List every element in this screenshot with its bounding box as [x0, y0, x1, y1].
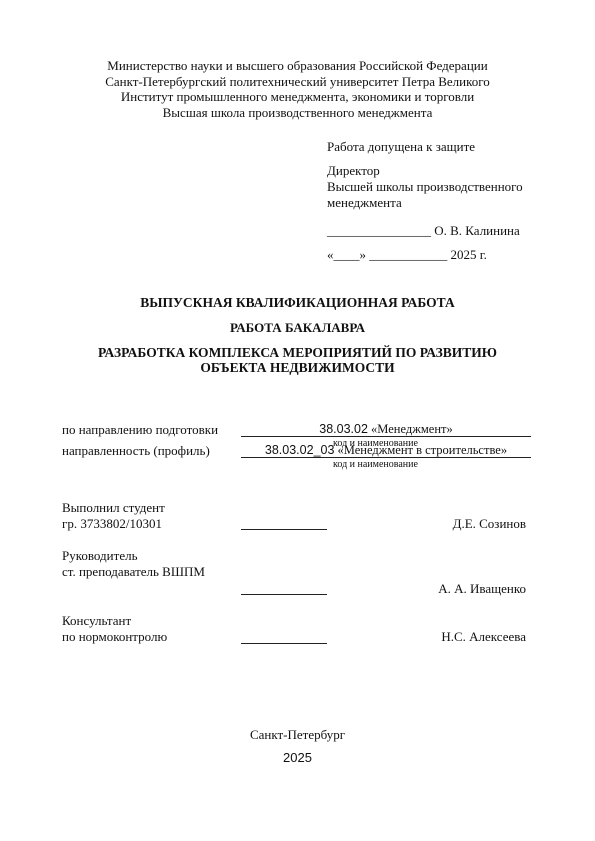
date-day-blank[interactable]: ____: [334, 247, 360, 262]
supervisor-signature-blank[interactable]: [241, 594, 327, 595]
direction-code: 38.03.02: [319, 422, 368, 436]
consultant-role-line2: по нормоконтролю: [62, 629, 167, 645]
school-line: Высшая школа производственного менеджмен…: [0, 105, 595, 121]
student-group: гр. 3733802/10301: [62, 516, 162, 532]
university-line: Санкт-Петербургский политехнический унив…: [0, 74, 595, 90]
direction-name: «Менеджмент»: [371, 422, 453, 436]
direction-label: по направлению подготовки: [62, 422, 218, 438]
student-signature-blank[interactable]: [241, 529, 327, 530]
profile-name: «Менеджмент в строительстве»: [338, 443, 508, 457]
director-name: О. В. Калинина: [434, 223, 520, 238]
date-close-quote: »: [360, 247, 367, 262]
director-position-line1: Директор: [327, 163, 380, 179]
profile-label: направленность (профиль): [62, 443, 210, 459]
profile-caption: код и наименование: [333, 459, 418, 471]
director-position-line2: Высшей школы производственного: [327, 179, 523, 195]
footer-city: Санкт-Петербург: [0, 727, 595, 743]
profile-code: 38.03.02_03: [265, 443, 335, 457]
supervisor-role-line1: Руководитель: [62, 548, 138, 564]
direction-value[interactable]: 38.03.02 «Менеджмент»: [241, 422, 531, 436]
footer-year: 2025: [0, 750, 595, 765]
institution-header: Министерство науки и высшего образования…: [0, 58, 595, 120]
admitted-label: Работа допущена к защите: [327, 139, 475, 155]
topic-line1: РАЗРАБОТКА КОМПЛЕКСА МЕРОПРИЯТИЙ ПО РАЗВ…: [0, 345, 595, 360]
consultant-role-line1: Консультант: [62, 613, 131, 629]
supervisor-role-line2: ст. преподаватель ВШПМ: [62, 564, 205, 580]
director-signature-line: ________________ О. В. Калинина: [327, 223, 520, 239]
profile-value[interactable]: 38.03.02_03 «Менеджмент в строительстве»: [241, 443, 531, 457]
supervisor-name: А. А. Иващенко: [438, 581, 526, 597]
topic-line2: ОБЪЕКТА НЕДВИЖИМОСТИ: [0, 360, 595, 375]
director-position-line3: менеджмента: [327, 195, 402, 211]
ministry-line: Министерство науки и высшего образования…: [0, 58, 595, 74]
director-signature-blank[interactable]: ________________: [327, 223, 431, 238]
student-name: Д.Е. Созинов: [453, 516, 526, 532]
date-month-blank[interactable]: ____________: [369, 247, 447, 262]
student-role-line1: Выполнил студент: [62, 500, 165, 516]
direction-underline: [241, 436, 531, 437]
consultant-signature-blank[interactable]: [241, 643, 327, 644]
approval-date-line: «____» ____________ 2025 г.: [327, 247, 487, 263]
date-year: 2025 г.: [451, 247, 487, 262]
degree-title: РАБОТА БАКАЛАВРА: [0, 320, 595, 336]
consultant-name: Н.С. Алексеева: [441, 629, 526, 645]
work-type-title: ВЫПУСКНАЯ КВАЛИФИКАЦИОННАЯ РАБОТА: [0, 295, 595, 311]
institute-line: Институт промышленного менеджмента, экон…: [0, 89, 595, 105]
topic-title: РАЗРАБОТКА КОМПЛЕКСА МЕРОПРИЯТИЙ ПО РАЗВ…: [0, 345, 595, 375]
profile-underline: [241, 457, 531, 458]
